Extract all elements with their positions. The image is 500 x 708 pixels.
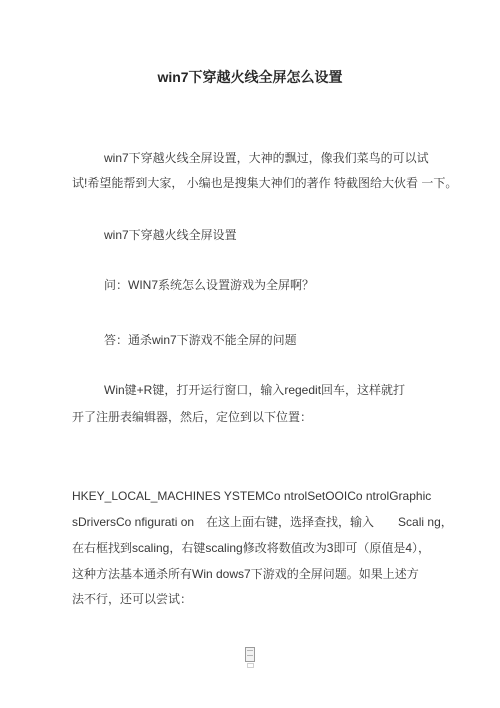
missing-glyph-icon (245, 647, 255, 662)
step-paragraph-line-1: Win键+R键，打开运行窗口，输入regedit回车，这样就打 (104, 383, 405, 398)
answer-line: 答：通杀win7下游戏不能全屏的问题 (104, 333, 297, 348)
intro-paragraph-line-1: win7下穿越火线全屏设置，大神的飘过，像我们菜鸟的可以试 (104, 151, 429, 166)
page-title: win7下穿越火线全屏怎么设置 (0, 67, 500, 87)
registry-path-line-1: HKEY_LOCAL_MACHINES YSTEMCo ntrolSetOOIC… (72, 489, 431, 504)
document-page: win7下穿越火线全屏怎么设置 win7下穿越火线全屏设置，大神的飘过，像我们菜… (0, 0, 500, 708)
registry-instructions-line-3: 在右框找到scaling，右键scaling修改将数值改为3即可（原值是4）， (72, 541, 430, 556)
registry-instructions-line-4: 这种方法基本通杀所有Win dows7下游戏的全屏问题。如果上述方 (72, 567, 419, 582)
question-line: 问：WIN7系统怎么设置游戏为全屏啊？ (104, 278, 314, 293)
step-paragraph-line-2: 开了注册表编辑器，然后，定位到以下位置： (72, 410, 312, 425)
intro-paragraph-line-2: 试!希望能帮到大家， 小编也是搜集大神们的著作 特截图给大伙看 一下。 (72, 176, 457, 191)
registry-instructions-line-5: 法不行，还可以尝试： (72, 592, 192, 607)
section-subtitle: win7下穿越火线全屏设置 (104, 228, 237, 243)
registry-path-line-2: sDriversCo nfigurati on 在这上面右键，选择查找，输入 S… (72, 515, 453, 530)
